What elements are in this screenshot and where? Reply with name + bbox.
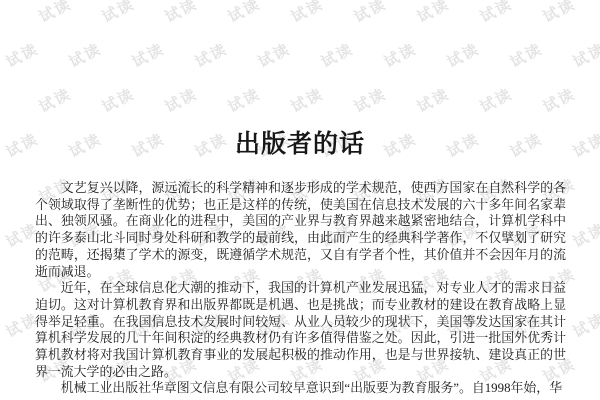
page-title: 出版者的话 [0, 124, 600, 160]
watermark-text: 试读 [161, 83, 201, 117]
watermark-text: 试读 [476, 0, 516, 27]
watermark-text: 试读 [539, 83, 579, 117]
watermark-text: 试读 [254, 38, 294, 72]
watermark-text: 试读 [413, 83, 453, 117]
watermark-text: 试读 [380, 38, 420, 72]
paragraph-1: 文艺复兴以降，源远流长的科学精神和逐步形成的学术规范，使西方国家在自然科学的各个… [35, 180, 566, 280]
scanned-book-page: 试读试读试读试读试读试读试读试读试读试读试读试读试读试读试读试读试读试读试读试读… [0, 0, 600, 400]
paragraph-3: 机械工业出版社华章图文信息有限公司较早意识到“出版要为教育服务”。自1998年始… [35, 380, 566, 397]
watermark-text: 试读 [161, 0, 201, 27]
watermark-text: 试读 [2, 38, 42, 72]
watermark-text: 试读 [413, 0, 453, 27]
watermark-text: 试读 [224, 0, 264, 27]
watermark-text: 试读 [128, 38, 168, 72]
watermark-text: 试读 [35, 0, 75, 27]
watermark-text: 试读 [539, 0, 579, 27]
watermark-text: 试读 [191, 38, 231, 72]
watermark-text: 试读 [476, 83, 516, 117]
watermark-text: 试读 [287, 0, 327, 27]
watermark-text: 试读 [98, 0, 138, 27]
watermark-text: 试读 [65, 38, 105, 72]
watermark-text: 试读 [569, 218, 600, 252]
watermark-text: 试读 [317, 38, 357, 72]
body-text: 文艺复兴以降，源远流长的科学精神和逐步形成的学术规范，使西方国家在自然科学的各个… [35, 180, 566, 397]
watermark-text: 试读 [224, 83, 264, 117]
watermark-text: 试读 [350, 83, 390, 117]
paragraph-2: 近年，在全球信息化大潮的推动下，我国的计算机产业发展迅猛，对专业人才的需求日益迫… [35, 280, 566, 380]
watermark-text: 试读 [506, 38, 546, 72]
watermark-text: 试读 [569, 308, 600, 342]
watermark-text: 试读 [98, 83, 138, 117]
watermark-text: 试读 [350, 0, 390, 27]
watermark-text: 试读 [569, 38, 600, 72]
watermark-text: 试读 [35, 83, 75, 117]
watermark-text: 试读 [287, 83, 327, 117]
watermark-text: 试读 [443, 38, 483, 72]
